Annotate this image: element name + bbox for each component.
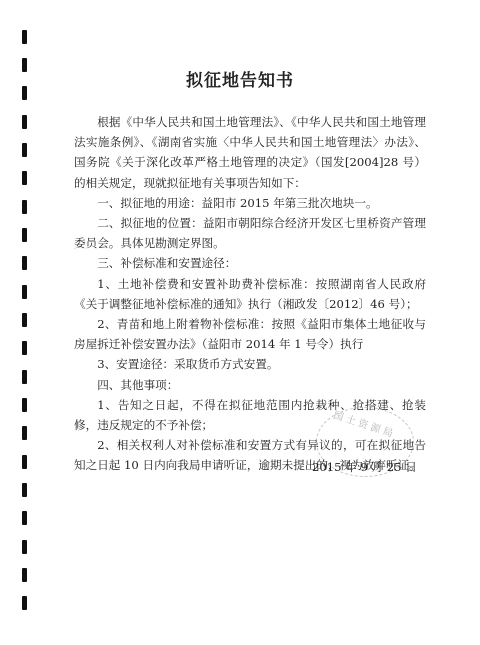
binding-margin-dashes: [22, 30, 28, 615]
binding-dash: [22, 455, 27, 469]
binding-dash: [22, 143, 27, 157]
paragraph-land-compensation: 1、土地补偿费和安置补助费补偿标准：按照湖南省人民政府《关于调整征地补偿标准的通…: [74, 274, 426, 314]
binding-dash: [22, 370, 27, 384]
binding-dash: [22, 30, 27, 44]
binding-dash: [22, 398, 27, 412]
document-date: 2015 年 9 月 25 日: [312, 459, 417, 475]
paragraph-crops-compensation: 2、青苗和地上附着物补偿标准：按照《益阳市集体土地征收与房屋拆迁补偿安置办法》（…: [74, 314, 426, 354]
paragraph-other-heading: 四、其他事项：: [74, 375, 426, 395]
binding-dash: [22, 313, 27, 327]
binding-dash: [22, 115, 27, 129]
binding-dash: [22, 511, 27, 525]
binding-dash: [22, 256, 27, 270]
binding-dash: [22, 200, 27, 214]
binding-dash: [22, 483, 27, 497]
binding-dash: [22, 171, 27, 185]
binding-dash: [22, 341, 27, 355]
binding-dash: [22, 228, 27, 242]
binding-dash: [22, 596, 27, 610]
document-title: 拟征地告知书: [0, 66, 480, 91]
binding-dash: [22, 285, 27, 299]
binding-dash: [22, 540, 27, 554]
paragraph-legal-basis: 根据《中华人民共和国土地管理法》、《中华人民共和国土地管理法实施条例》、《湖南省…: [74, 112, 426, 193]
paragraph-location: 二、拟征地的位置：益阳市朝阳综合经济开发区七里桥资产管理委员会。具体见勘测定界图…: [74, 213, 426, 253]
paragraph-resettlement: 3、安置途径：采取货币方式安置。: [74, 354, 426, 374]
paragraph-purpose: 一、拟征地的用途：益阳市 2015 年第三批次地块一。: [74, 193, 426, 213]
binding-dash: [22, 426, 27, 440]
paragraph-compensation-heading: 三、补偿标准和安置途径：: [74, 253, 426, 273]
binding-dash: [22, 568, 27, 582]
